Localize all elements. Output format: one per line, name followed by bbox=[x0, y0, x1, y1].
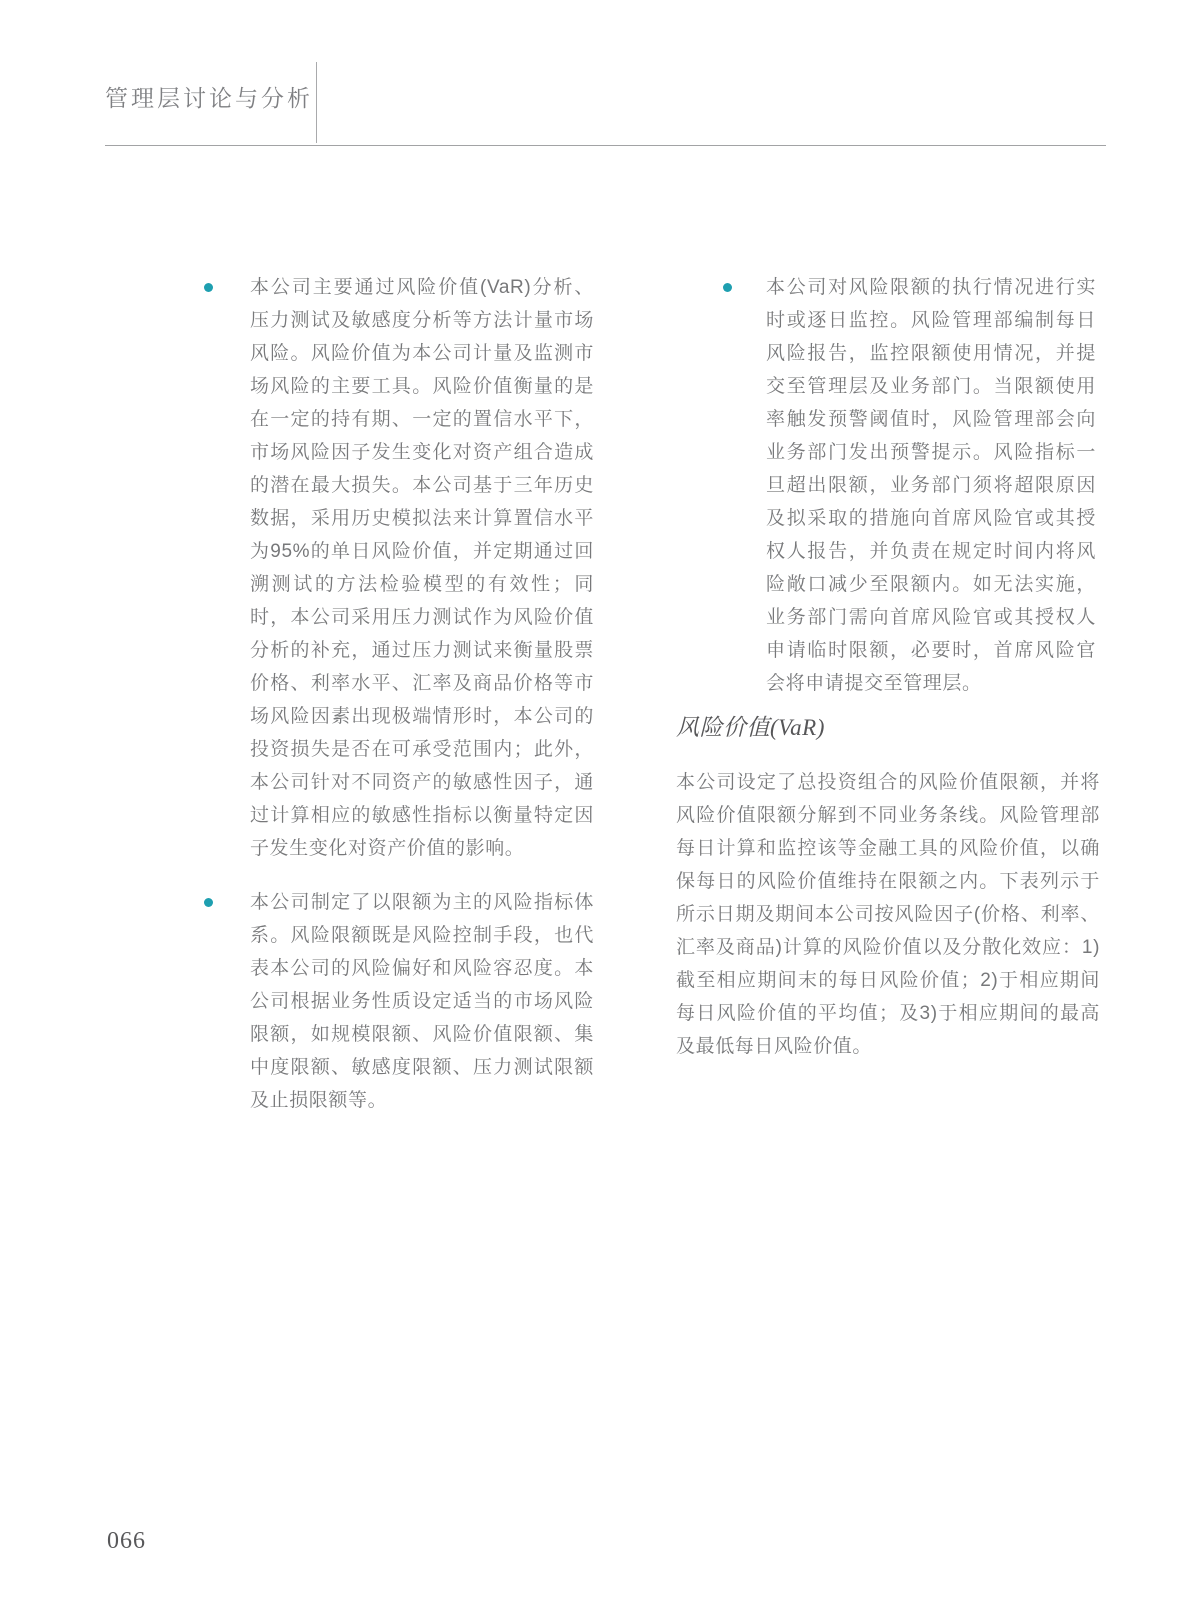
page-header-title: 管理层讨论与分析 bbox=[105, 82, 313, 116]
section-paragraph-var: 本公司设定了总投资组合的风险价值限额，并将风险价值限额分解到不同业务条线。风险管… bbox=[676, 766, 1100, 1063]
section-heading-var: 风险价值(VaR) bbox=[676, 710, 825, 746]
header-vertical-divider bbox=[316, 62, 317, 143]
bullet-item-limit-monitoring: 本公司对风险限额的执行情况进行实时或逐日监控。风险管理部编制每日风险报告，监控限… bbox=[723, 271, 1101, 700]
bullet-item-market-risk-measurement: 本公司主要通过风险价值(VaR)分析、压力测试及敏感度分析等方法计量市场风险。风… bbox=[204, 271, 596, 865]
header-horizontal-rule bbox=[105, 145, 1106, 146]
bullet-dot-icon bbox=[204, 283, 213, 292]
bullet-dot-icon bbox=[723, 283, 732, 292]
bullet-item-risk-limit-system: 本公司制定了以限额为主的风险指标体系。风险限额既是风险控制手段，也代表本公司的风… bbox=[204, 886, 596, 1117]
document-page: 管理层讨论与分析 本公司主要通过风险价值(VaR)分析、压力测试及敏感度分析等方… bbox=[0, 0, 1190, 1615]
bullet-text: 本公司制定了以限额为主的风险指标体系。风险限额既是风险控制手段，也代表本公司的风… bbox=[250, 886, 594, 1117]
bullet-text: 本公司主要通过风险价值(VaR)分析、压力测试及敏感度分析等方法计量市场风险。风… bbox=[250, 271, 594, 865]
page-number: 066 bbox=[107, 1527, 146, 1555]
bullet-dot-icon bbox=[204, 898, 213, 907]
left-column-bullet-list: 本公司主要通过风险价值(VaR)分析、压力测试及敏感度分析等方法计量市场风险。风… bbox=[204, 271, 596, 1117]
right-column-bullet-list: 本公司对风险限额的执行情况进行实时或逐日监控。风险管理部编制每日风险报告，监控限… bbox=[723, 271, 1101, 700]
bullet-text: 本公司对风险限额的执行情况进行实时或逐日监控。风险管理部编制每日风险报告，监控限… bbox=[766, 271, 1096, 700]
